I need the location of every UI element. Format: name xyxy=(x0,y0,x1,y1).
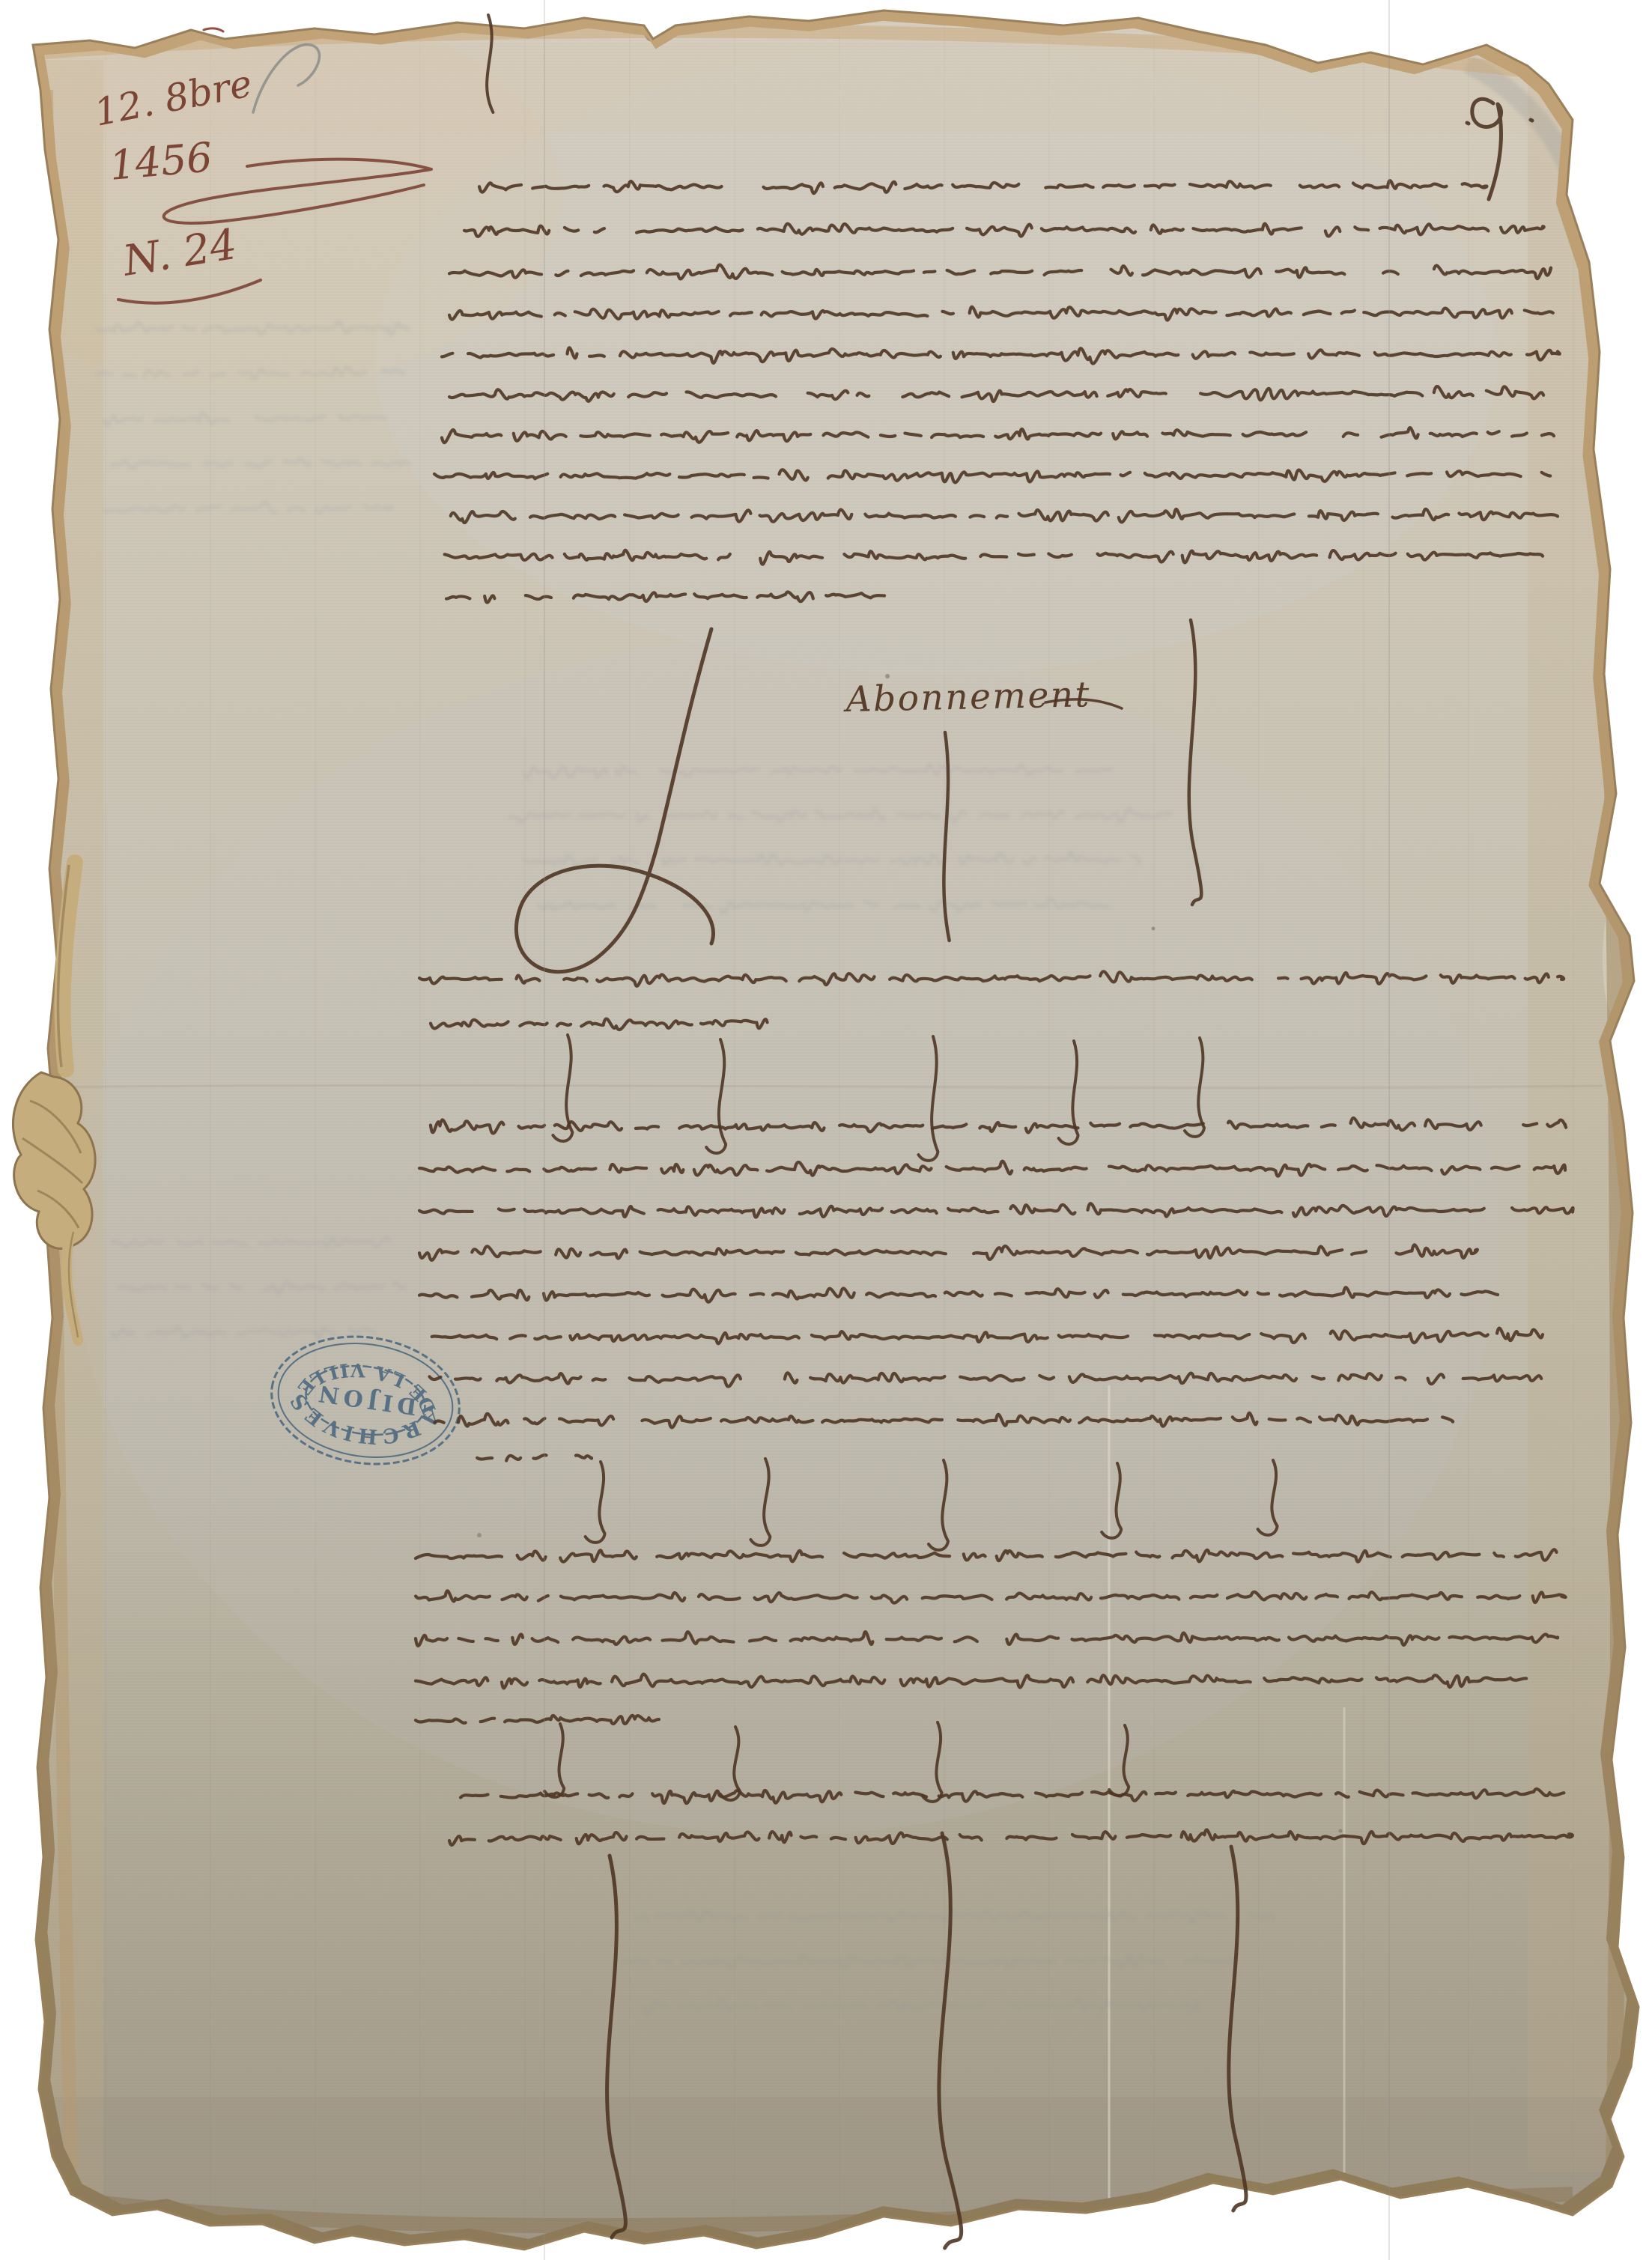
red-speck xyxy=(204,28,223,31)
manuscript-photo: ARCHIVES DE LA VILLE DIJON 12. 8bre 1456… xyxy=(0,0,1652,2260)
section-heading: Abonnement xyxy=(842,674,1091,720)
speck xyxy=(1152,927,1156,931)
speck xyxy=(1339,1829,1343,1833)
speck xyxy=(477,1533,482,1537)
annotation-year: 1456 xyxy=(108,133,214,189)
edge-wear xyxy=(1598,270,1622,359)
